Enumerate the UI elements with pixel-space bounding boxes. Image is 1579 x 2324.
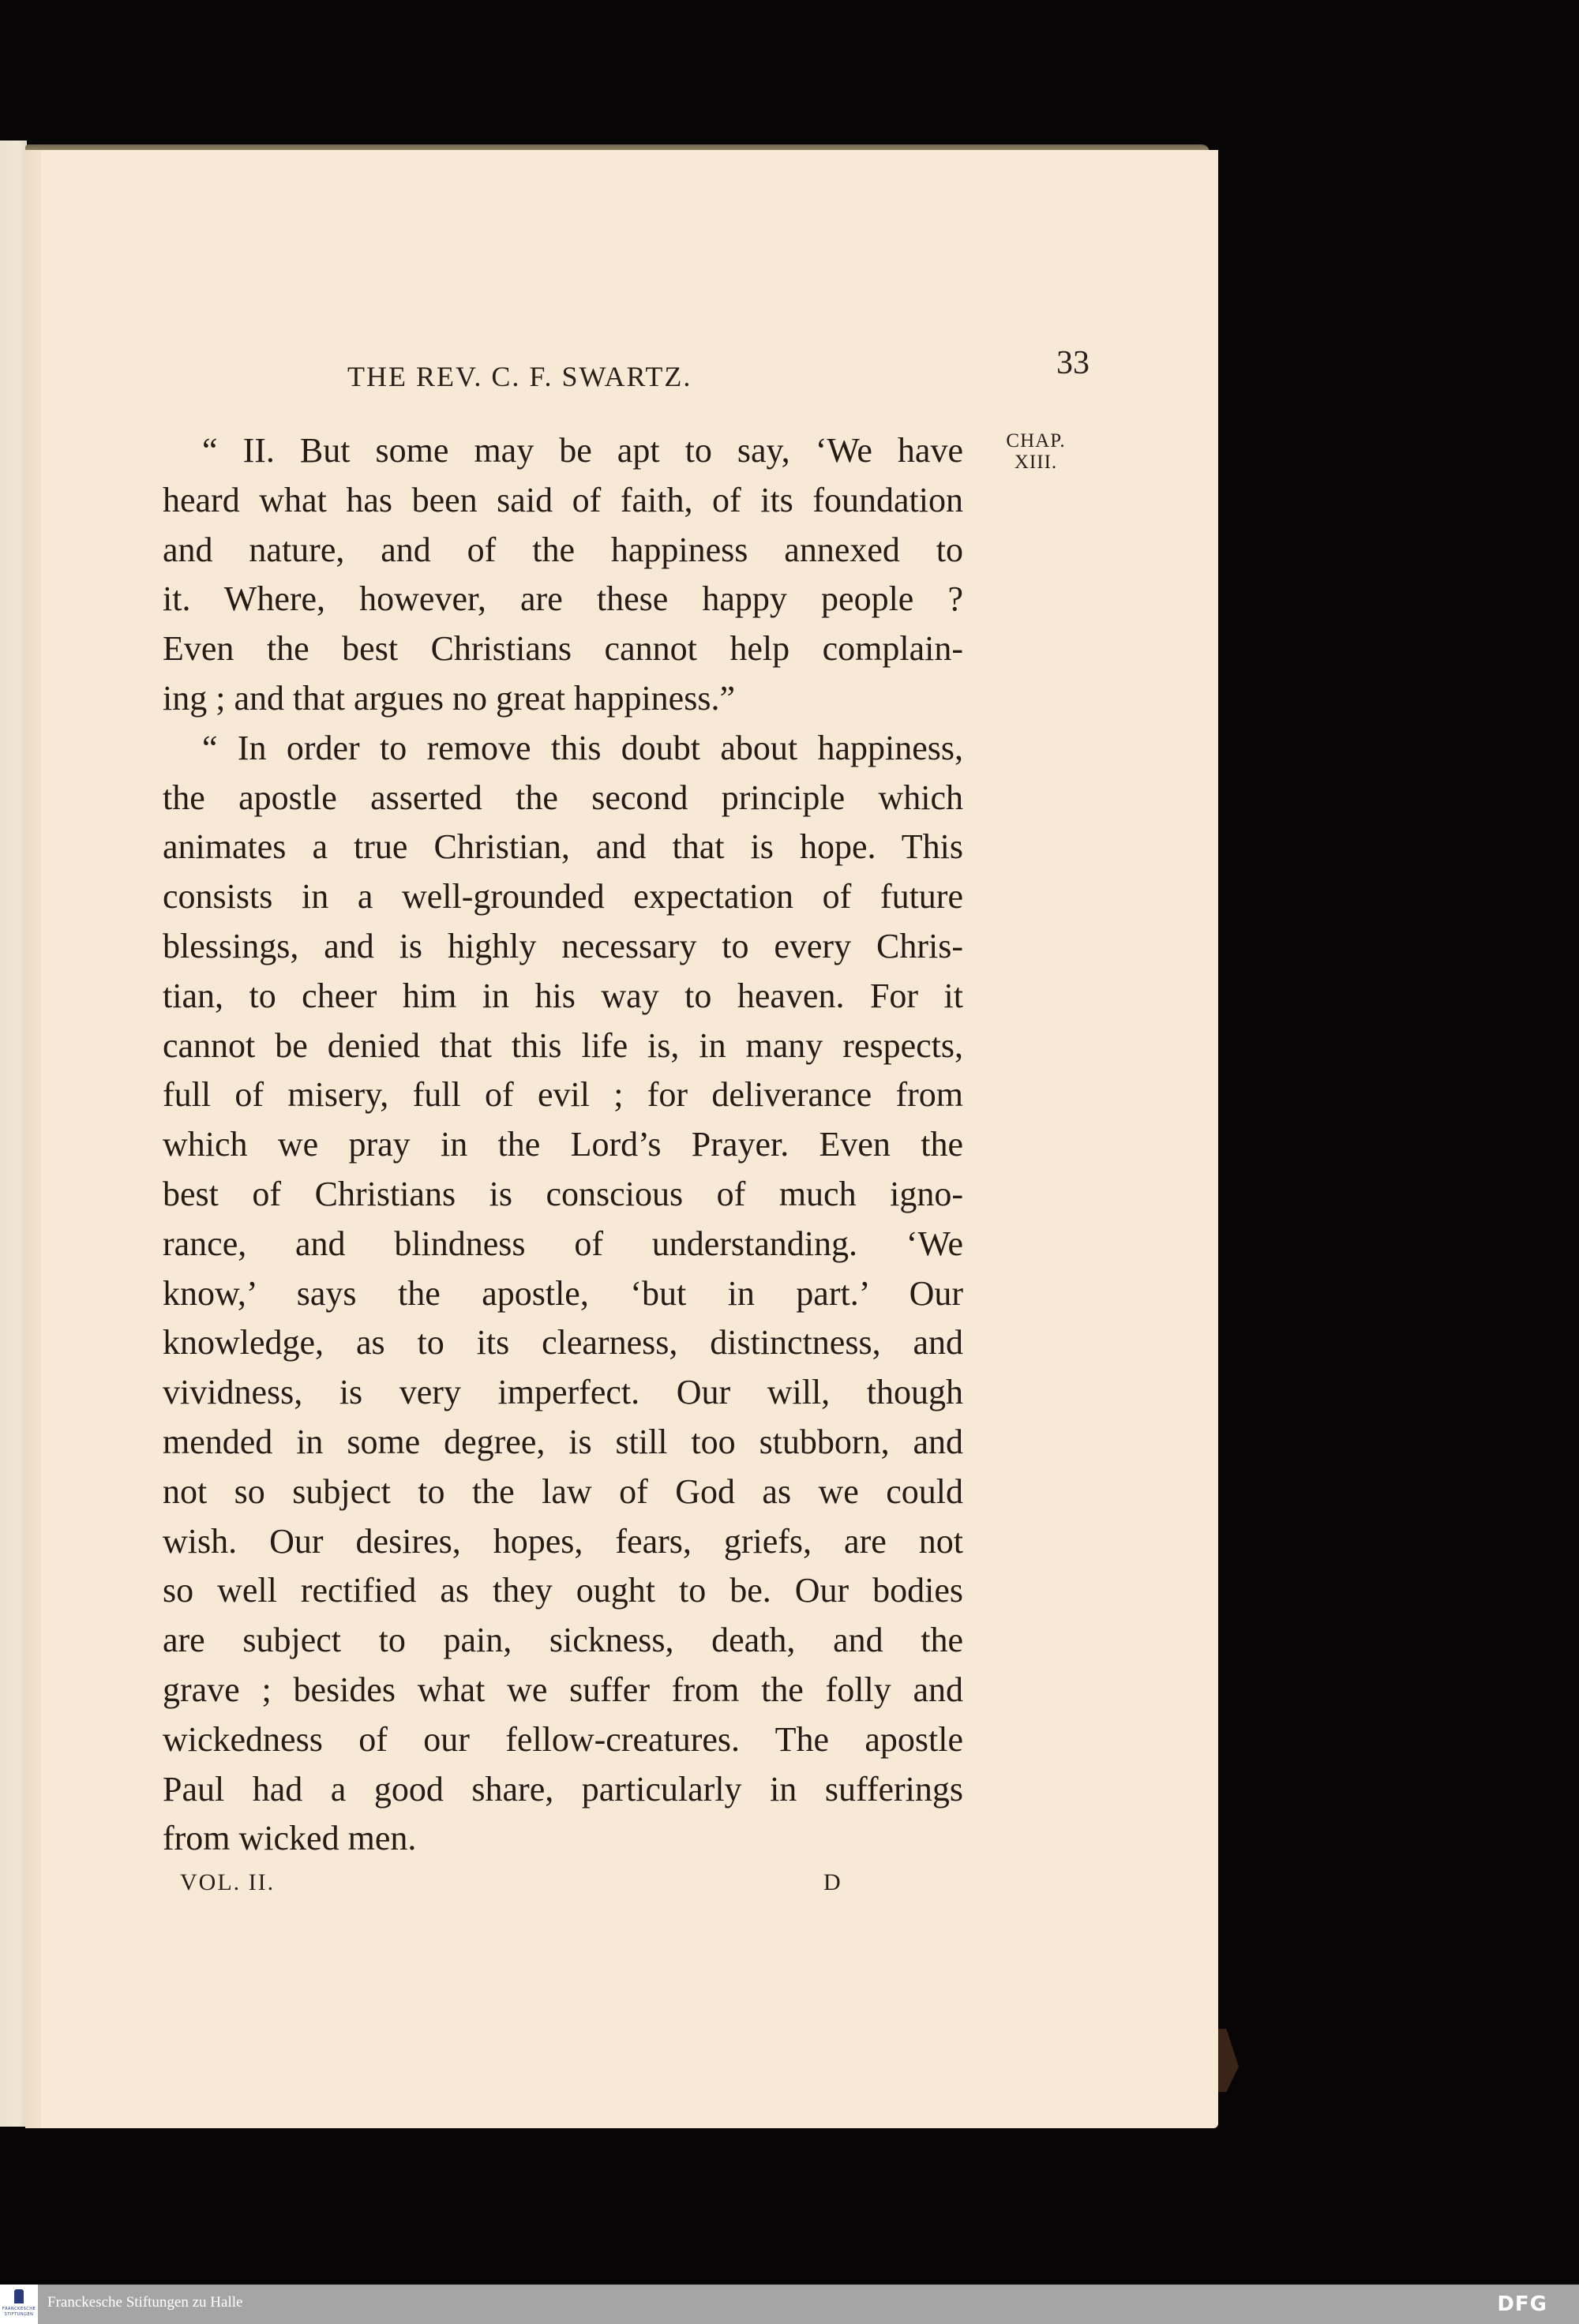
text-line: it. Where, however, are these happy peop… bbox=[163, 575, 963, 624]
text-line: the apostle asserted the second principl… bbox=[163, 774, 963, 823]
logo-text: FRANCKESCHE STIFTUNGEN bbox=[1, 2307, 37, 2318]
text-line: “ In order to remove this doubt about ha… bbox=[163, 724, 963, 774]
text-line: “ II. But some may be apt to say, ‘We ha… bbox=[163, 426, 963, 476]
signature-volume: VOL. II. bbox=[180, 1869, 275, 1896]
running-head: THE REV. C. F. SWARTZ. bbox=[347, 360, 692, 393]
text-line: rance, and blindness of understanding. ‘… bbox=[163, 1220, 963, 1269]
margin-note-chapter: CHAP. XIII. bbox=[988, 430, 1083, 473]
text-line: blessings, and is highly necessary to ev… bbox=[163, 922, 963, 972]
text-line: best of Christians is conscious of much … bbox=[163, 1170, 963, 1220]
margin-note-chap-number: XIII. bbox=[988, 452, 1083, 473]
text-line: are subject to pain, sickness, death, an… bbox=[163, 1616, 963, 1666]
facing-page-edge bbox=[0, 141, 27, 2127]
text-line: heard what has been said of faith, of it… bbox=[163, 476, 963, 526]
text-line: Even the best Christians cannot help com… bbox=[163, 624, 963, 674]
logo-figure-icon bbox=[14, 2289, 24, 2303]
text-line: animates a true Christian, and that is h… bbox=[163, 823, 963, 872]
text-line: and nature, and of the happiness annexed… bbox=[163, 526, 963, 575]
body-text: “ II. But some may be apt to say, ‘We ha… bbox=[163, 426, 963, 1864]
dfg-logo: DFG bbox=[1497, 2292, 1547, 2316]
text-line: not so subject to the law of God as we c… bbox=[163, 1467, 963, 1517]
text-line: mended in some degree, is still too stub… bbox=[163, 1418, 963, 1467]
text-line: consists in a well-grounded expectation … bbox=[163, 872, 963, 922]
text-line: from wicked men. bbox=[163, 1814, 963, 1864]
text-line: wickedness of our fellow-creatures. The … bbox=[163, 1715, 963, 1765]
text-line: ing ; and that argues no great happiness… bbox=[163, 674, 963, 724]
text-line: cannot be denied that this life is, in m… bbox=[163, 1021, 963, 1071]
gutter-shadow bbox=[25, 150, 41, 2128]
text-line: grave ; besides what we suffer from the … bbox=[163, 1666, 963, 1715]
text-line: Paul had a good share, particularly in s… bbox=[163, 1765, 963, 1815]
text-line: full of misery, full of evil ; for deliv… bbox=[163, 1070, 963, 1120]
text-line: wish. Our desires, hopes, fears, griefs,… bbox=[163, 1517, 963, 1567]
text-line: so well rectified as they ought to be. O… bbox=[163, 1566, 963, 1616]
signature-mark: D bbox=[823, 1869, 841, 1896]
footer-bar: FRANCKESCHE STIFTUNGEN Franckesche Stift… bbox=[0, 2285, 1579, 2324]
text-line: tian, to cheer him in his way to heaven.… bbox=[163, 972, 963, 1021]
institution-name: Franckesche Stiftungen zu Halle bbox=[47, 2294, 242, 2311]
margin-note-chap-label: CHAP. bbox=[988, 430, 1083, 452]
text-line: know,’ says the apostle, ‘but in part.’ … bbox=[163, 1269, 963, 1319]
page-number: 33 bbox=[1056, 344, 1090, 382]
text-line: knowledge, as to its clearness, distinct… bbox=[163, 1318, 963, 1368]
text-line: vividness, is very imperfect. Our will, … bbox=[163, 1368, 963, 1418]
institution-logo: FRANCKESCHE STIFTUNGEN bbox=[0, 2285, 38, 2324]
text-line: which we pray in the Lord’s Prayer. Even… bbox=[163, 1120, 963, 1170]
